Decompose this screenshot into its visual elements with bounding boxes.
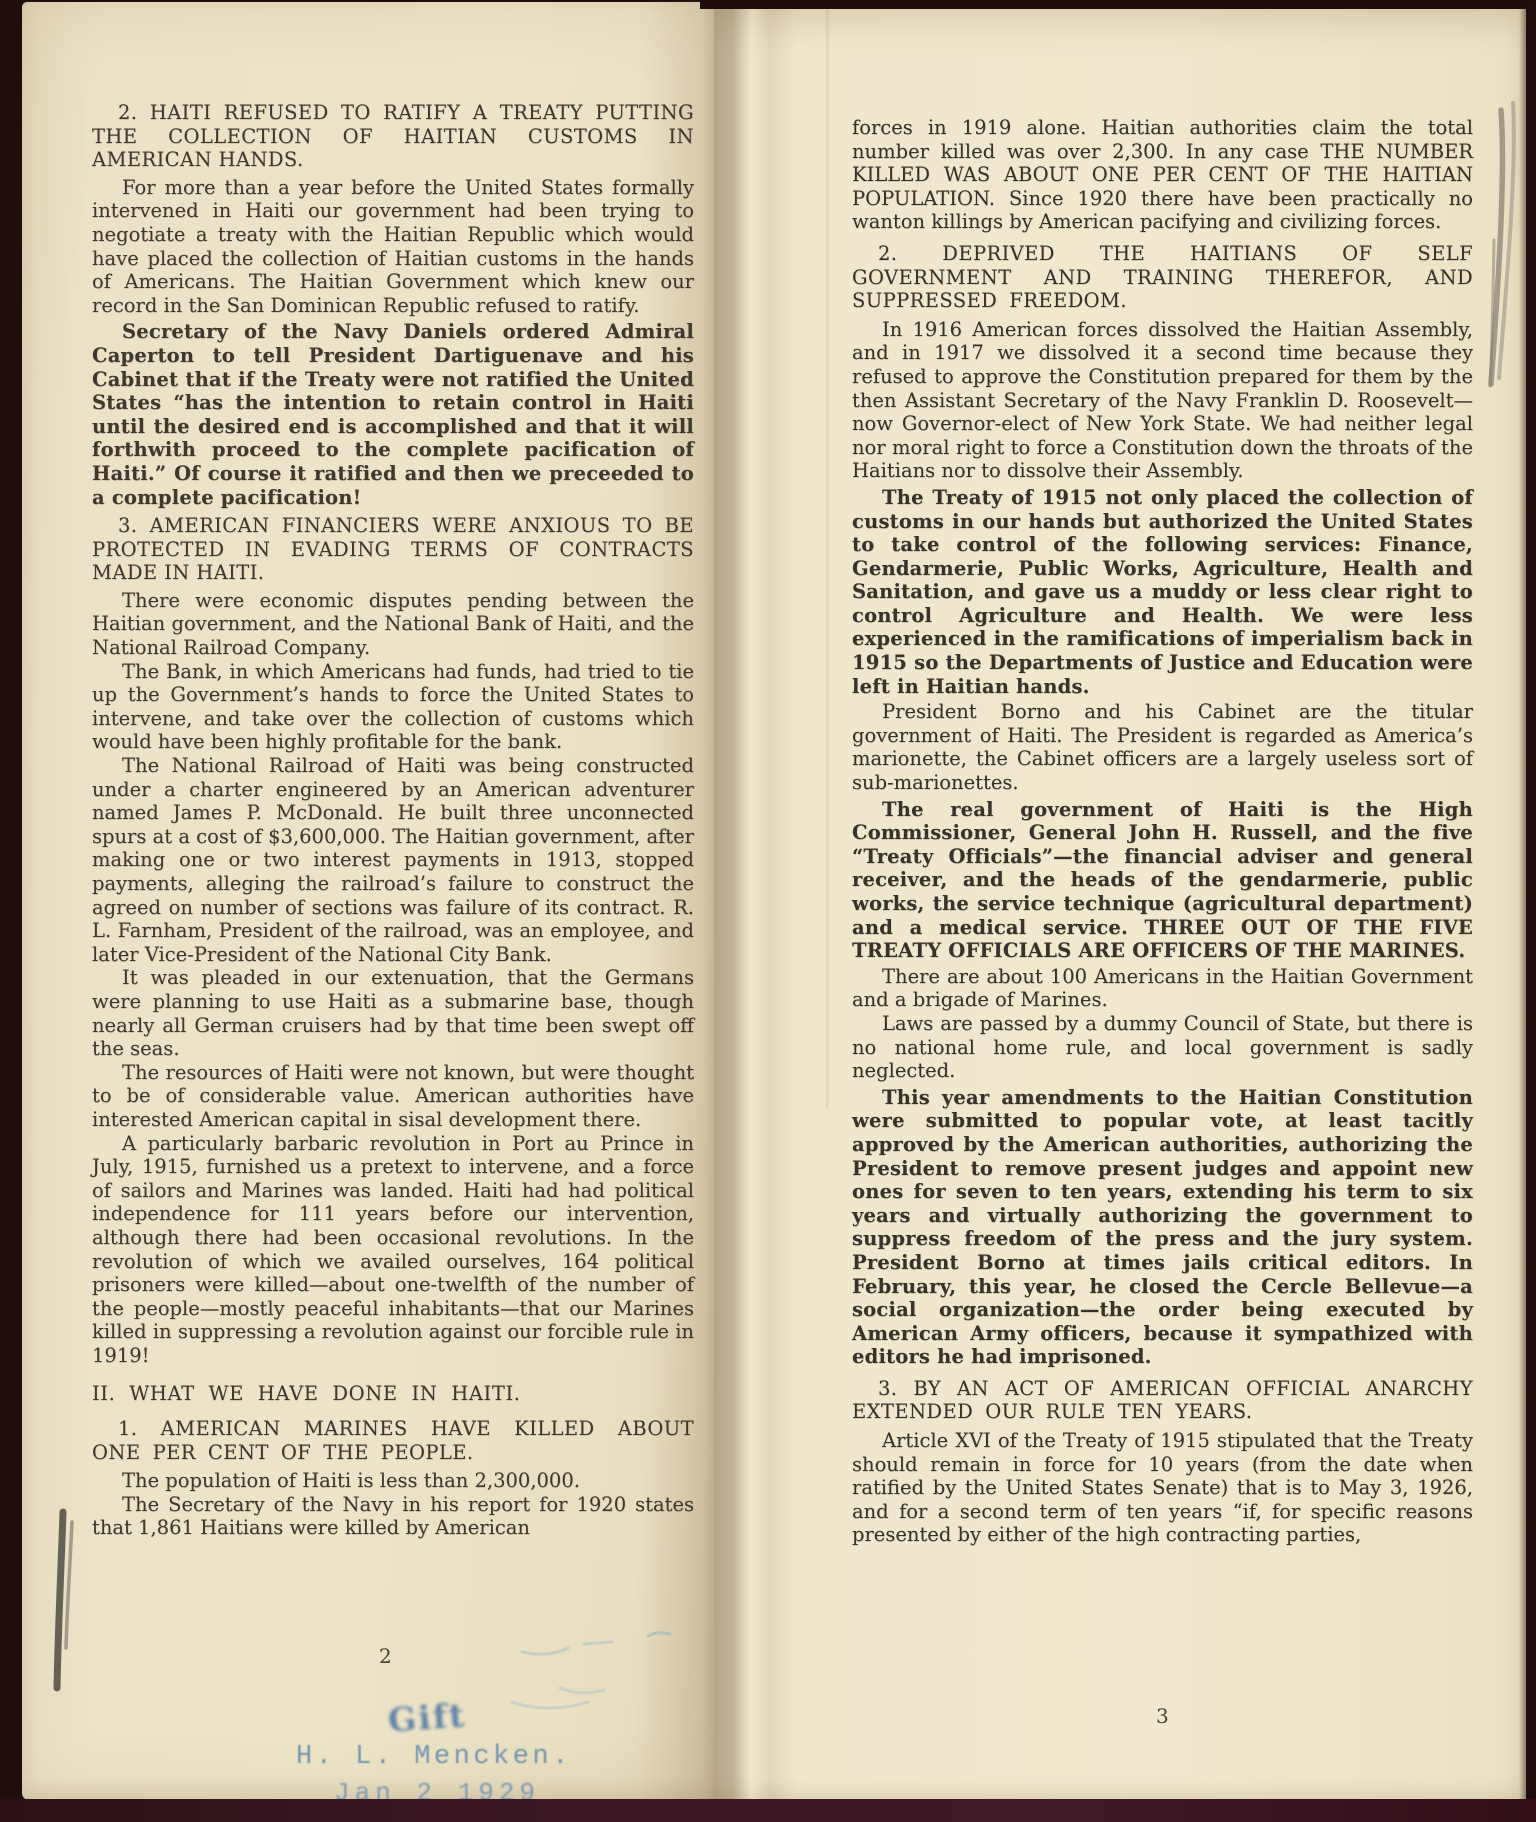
paragraph: There were economic disputes pending bet…: [92, 589, 694, 660]
bold-heading-or-emphasis: The Treaty of 1915 not only placed the c…: [852, 486, 1473, 698]
paragraph: The Bank, in which Americans had funds, …: [92, 660, 694, 754]
paragraph: There are about 100 Americans in the Hai…: [852, 965, 1473, 1012]
paragraph: forces in 1919 alone. Haitian authoritie…: [852, 116, 1473, 234]
page-left-text-column: 2. HAITI REFUSED TO RATIFY A TREATY PUTT…: [92, 96, 694, 1540]
page-number-right: 3: [1156, 1704, 1169, 1728]
capswide-heading-or-emphasis: 2. DEPRIVED THE HAITIANS OF SELF GOVERNM…: [852, 242, 1473, 313]
paragraph: Laws are passed by a dummy Council of St…: [852, 1012, 1473, 1083]
paragraph: The National Railroad of Haiti was being…: [92, 754, 694, 966]
bold-heading-or-emphasis: Secretary of the Navy Daniels ordered Ad…: [92, 320, 694, 509]
paragraph: The population of Haiti is less than 2,3…: [92, 1469, 694, 1493]
paragraph: President Borno and his Cabinet are the …: [852, 700, 1473, 794]
bold-heading-or-emphasis: The real government of Haiti is the High…: [852, 798, 1473, 963]
scan-right-edge: [1519, 0, 1536, 1822]
paragraph: The resources of Haiti were not known, b…: [92, 1061, 694, 1132]
paragraph: For more than a year before the United S…: [92, 176, 694, 318]
paragraph: The Secretary of the Navy in his report …: [92, 1493, 694, 1540]
page-right-text-column: forces in 1919 alone. Haitian authoritie…: [852, 116, 1473, 1547]
paragraph: A particularly barbaric revolution in Po…: [92, 1132, 694, 1368]
scan-top-edge: [700, 0, 1536, 9]
paragraph: Article XVI of the Treaty of 1915 stipul…: [852, 1429, 1473, 1547]
paragraph: It was pleaded in our extenuation, that …: [92, 966, 694, 1060]
bold-heading-or-emphasis: This year amendments to the Haitian Cons…: [852, 1086, 1473, 1369]
scan-bottom-edge: [0, 1799, 1536, 1822]
paragraph: In 1916 American forces dissolved the Ha…: [852, 318, 1473, 483]
caps-heading-or-emphasis: 2. HAITI REFUSED TO RATIFY A TREATY PUTT…: [92, 101, 694, 172]
caps-heading-or-emphasis: 3. AMERICAN FINANCIERS WERE ANXIOUS TO B…: [92, 514, 694, 585]
section-heading-or-emphasis: II. WHAT WE HAVE DONE IN HAITI.: [92, 1382, 694, 1406]
capswide-heading-or-emphasis: 1. AMERICAN MARINES HAVE KILLED ABOUT ON…: [92, 1417, 694, 1464]
capswide-heading-or-emphasis: 3. BY AN ACT OF AMERICAN OFFICIAL ANARCH…: [852, 1377, 1473, 1424]
scanned-pamphlet-spread: 2. HAITI REFUSED TO RATIFY A TREATY PUTT…: [0, 0, 1536, 1822]
page-number-left: 2: [379, 1644, 392, 1668]
